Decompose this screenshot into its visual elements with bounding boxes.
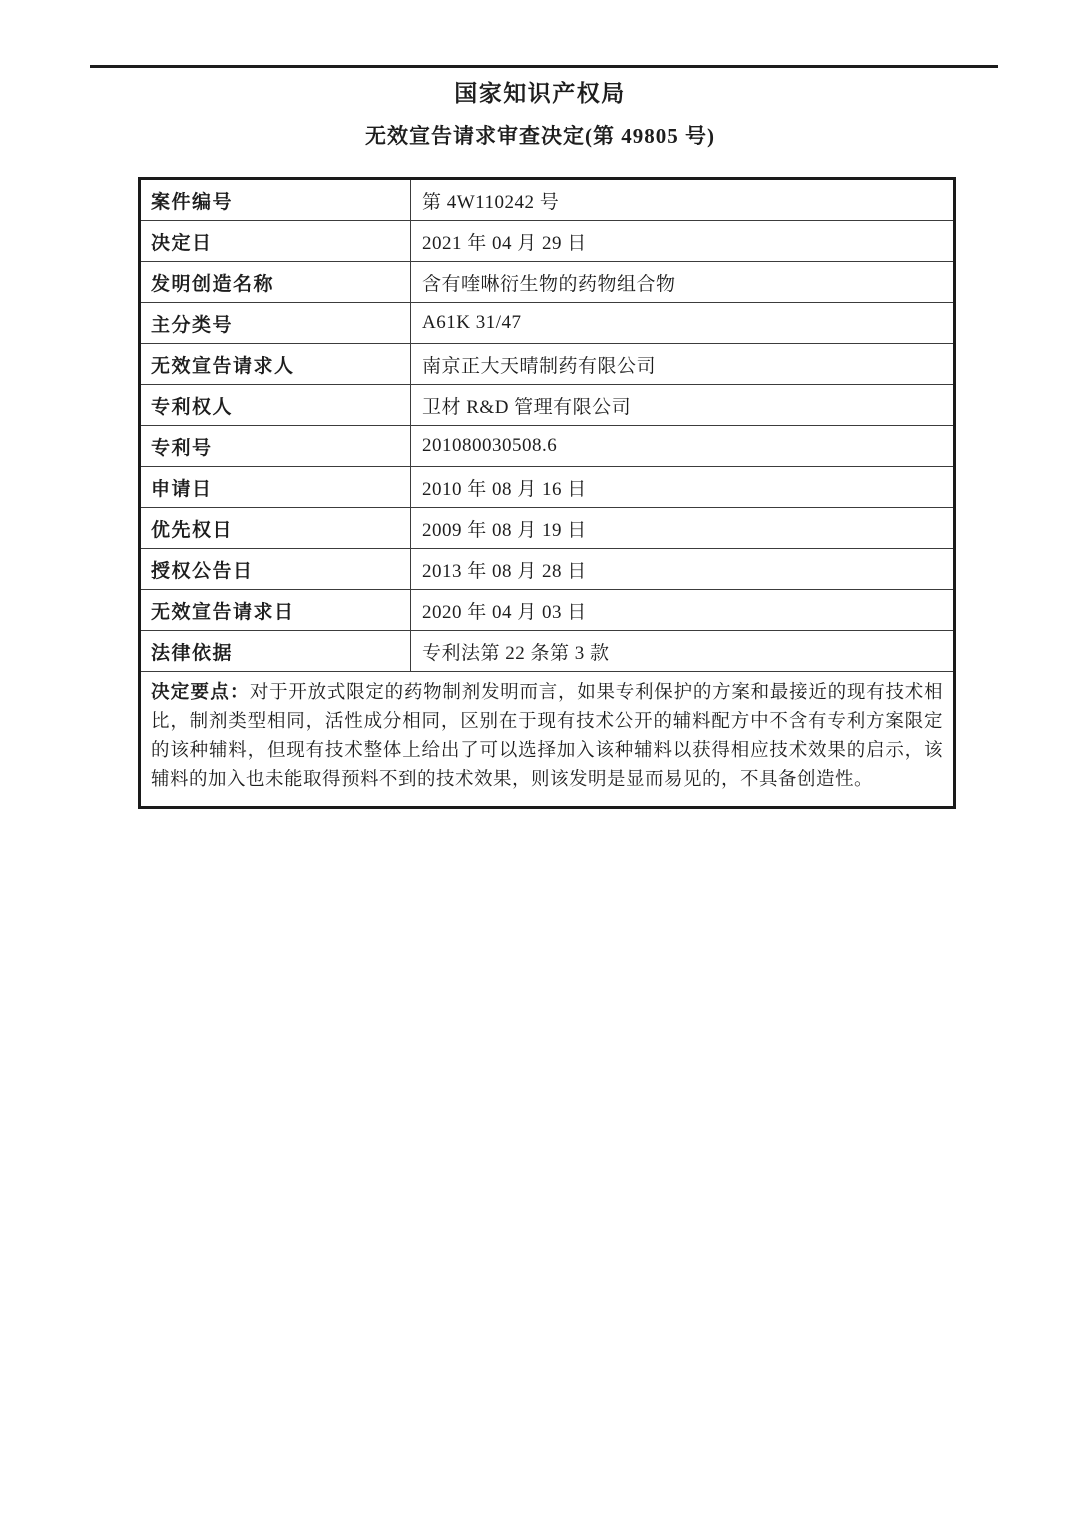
field-label: 发明创造名称 [140,262,411,303]
field-value: 201080030508.6 [411,426,955,467]
field-value: 2020 年 04 月 03 日 [411,590,955,631]
key-points-label: 决定要点： [151,683,250,703]
field-label: 无效宣告请求人 [140,344,411,385]
field-label: 决定日 [140,221,411,262]
field-label: 法律依据 [140,631,411,672]
key-points-cell: 决定要点：对于开放式限定的药物制剂发明而言，如果专利保护的方案和最接近的现有技术… [140,672,955,808]
field-label: 申请日 [140,467,411,508]
table-row: 授权公告日 2013 年 08 月 28 日 [140,549,955,590]
table-row: 法律依据 专利法第 22 条第 3 款 [140,631,955,672]
table-row: 发明创造名称 含有喹啉衍生物的药物组合物 [140,262,955,303]
field-value: 南京正大天晴制药有限公司 [411,344,955,385]
field-value: 2009 年 08 月 19 日 [411,508,955,549]
field-label: 无效宣告请求日 [140,590,411,631]
table-row: 专利权人 卫材 R&D 管理有限公司 [140,385,955,426]
key-points-row: 决定要点：对于开放式限定的药物制剂发明而言，如果专利保护的方案和最接近的现有技术… [140,672,955,808]
document-page: 国家知识产权局 无效宣告请求审查决定(第 49805 号) 案件编号 第 4W1… [0,0,1080,1527]
key-points-text: 对于开放式限定的药物制剂发明而言，如果专利保护的方案和最接近的现有技术相比，制剂… [151,683,943,790]
table-row: 主分类号 A61K 31/47 [140,303,955,344]
field-label: 案件编号 [140,179,411,221]
field-value: A61K 31/47 [411,303,955,344]
table-row: 专利号 201080030508.6 [140,426,955,467]
field-value: 卫材 R&D 管理有限公司 [411,385,955,426]
field-label: 主分类号 [140,303,411,344]
document-subtitle: 无效宣告请求审查决定(第 49805 号) [0,120,1080,150]
table-row: 案件编号 第 4W110242 号 [140,179,955,221]
field-value: 2010 年 08 月 16 日 [411,467,955,508]
header-rule [90,65,998,68]
field-value: 2013 年 08 月 28 日 [411,549,955,590]
table-row: 申请日 2010 年 08 月 16 日 [140,467,955,508]
field-value: 2021 年 04 月 29 日 [411,221,955,262]
field-label: 优先权日 [140,508,411,549]
field-value: 第 4W110242 号 [411,179,955,221]
field-value: 专利法第 22 条第 3 款 [411,631,955,672]
table-row: 决定日 2021 年 04 月 29 日 [140,221,955,262]
field-label: 专利权人 [140,385,411,426]
case-info-table: 案件编号 第 4W110242 号 决定日 2021 年 04 月 29 日 发… [138,177,956,809]
field-label: 授权公告日 [140,549,411,590]
table-row: 无效宣告请求人 南京正大天晴制药有限公司 [140,344,955,385]
field-value: 含有喹啉衍生物的药物组合物 [411,262,955,303]
field-label: 专利号 [140,426,411,467]
table-row: 无效宣告请求日 2020 年 04 月 03 日 [140,590,955,631]
table-row: 优先权日 2009 年 08 月 19 日 [140,508,955,549]
document-title: 国家知识产权局 [0,75,1080,108]
